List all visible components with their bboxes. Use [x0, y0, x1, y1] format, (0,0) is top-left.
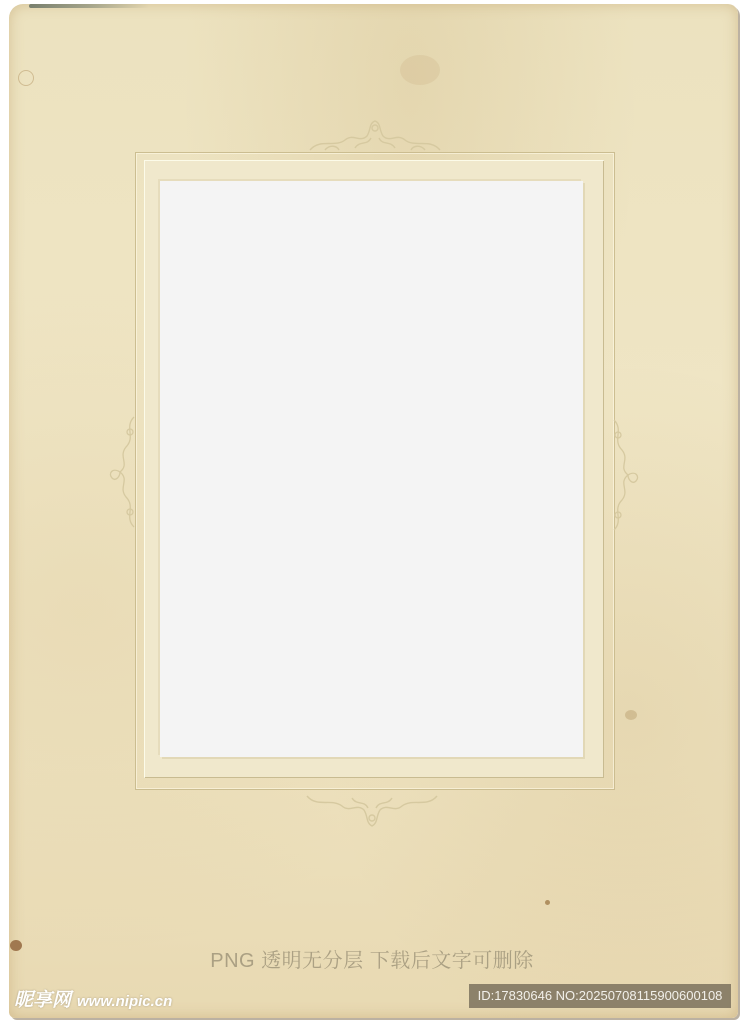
brand-url: www.nipic.cn — [77, 993, 172, 1010]
photo-window — [160, 181, 583, 757]
stain-spot — [625, 710, 637, 720]
worn-edge — [29, 4, 149, 8]
right-ornament-icon — [608, 415, 644, 535]
stain-spot — [18, 70, 34, 86]
image-id-badge: ID:17830646 NO:20250708115900600108 — [469, 984, 731, 1008]
stain-spot — [545, 900, 550, 905]
brand-logo-text: 昵享网 — [14, 990, 71, 1011]
bottom-ornament-icon — [302, 790, 442, 832]
brand-watermark: 昵享网www.nipic.cn — [14, 985, 172, 1012]
left-ornament-icon — [104, 412, 140, 532]
watermark-caption: PNG 透明无分层 下载后文字可删除 — [0, 944, 744, 973]
stain-spot — [400, 55, 440, 85]
top-ornament-icon — [305, 118, 445, 156]
